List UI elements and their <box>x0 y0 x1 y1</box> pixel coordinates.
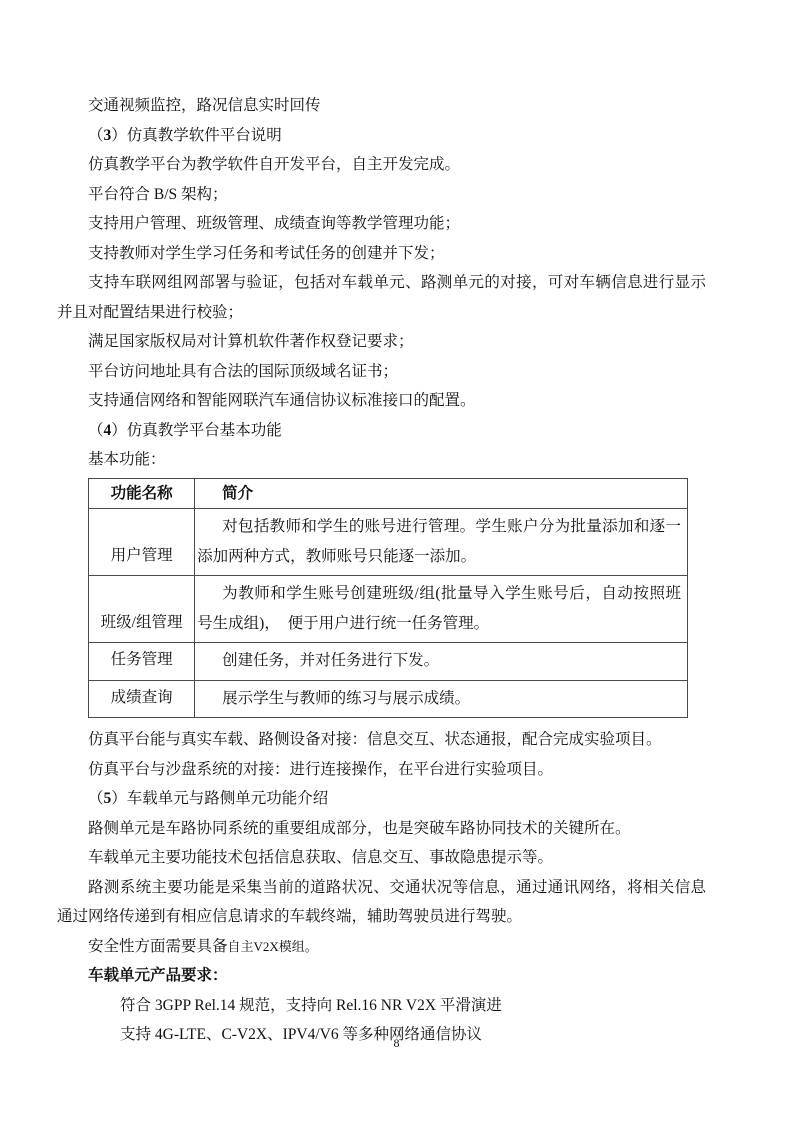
heading-3-paren-open: （ <box>88 127 104 144</box>
paragraph-video-monitor: 交通视频监控，路况信息实时回传 <box>57 91 706 121</box>
paragraph-platform-dev: 仿真教学平台为教学软件自开发平台，自主开发完成。 <box>57 150 706 180</box>
table-header-row: 功能名称 简介 <box>89 478 688 509</box>
table-cell-name-user-management: 用户管理 <box>89 509 195 576</box>
paragraph-3gpp-spec: 符合 3GPP Rel.14 规范，支持向 Rel.16 NR V2X 平滑演进 <box>57 991 706 1021</box>
table-header-function-name: 功能名称 <box>89 478 195 509</box>
table-cell-desc-class-group-management: 为教师和学生账号创建班级/组(批量导入学生账号后，自动按照班号生成组)， 便于用… <box>195 576 688 643</box>
heading-3-paren-close: ） <box>111 127 127 144</box>
paragraph-bs-architecture: 平台符合 B/S 架构； <box>57 180 706 210</box>
heading-5-paren-open: （ <box>88 790 104 807</box>
table-row-task-management: 任务管理 创建任务，并对任务进行下发。 <box>89 643 688 681</box>
paragraph-dock-sandbox: 仿真平台与沙盘系统的对接：进行连接操作，在平台进行实验项目。 <box>57 755 706 785</box>
paragraph-protocol-config: 支持通信网络和智能网联汽车通信协议标准接口的配置。 <box>57 386 706 416</box>
heading-section-4: （4）仿真教学平台基本功能 <box>57 416 706 446</box>
paragraph-dock-real-devices: 仿真平台能与真实车载、路侧设备对接：信息交互、状态通报，配合完成实验项目。 <box>57 725 706 755</box>
paragraph-basic-functions-label: 基本功能： <box>57 445 706 475</box>
table-cell-name-task-management: 任务管理 <box>89 643 195 681</box>
features-table: 功能名称 简介 用户管理 对包括教师和学生的账号进行管理。学生账户分为批量添加和… <box>88 478 688 719</box>
paragraph-teacher-tasks: 支持教师对学生学习任务和考试任务的创建并下发； <box>57 239 706 269</box>
document-body: 交通视频监控，路况信息实时回传 （3）仿真教学软件平台说明 仿真教学平台为教学软… <box>57 91 706 1050</box>
paragraph-roadtest-system: 路测系统主要功能是采集当前的道路状况、交通状况等信息，通过通讯网络，将相关信息通… <box>57 873 706 932</box>
paragraph-iov-deploy: 支持车联网组网部署与验证，包括对车载单元、路测单元的对接，可对车辆信息进行显示并… <box>57 268 706 327</box>
table-row-score-query: 成绩查询 展示学生与教师的练习与展示成绩。 <box>89 680 688 718</box>
heading-5-paren-close: ） <box>111 790 127 807</box>
heading-4-title: 仿真教学平台基本功能 <box>127 422 282 439</box>
paragraph-safety-requirement: 安全性方面需要具备自主V2X模组。 <box>57 932 706 962</box>
heading-3-title: 仿真教学软件平台说明 <box>127 127 282 144</box>
heading-section-5: （5）车载单元与路侧单元功能介绍 <box>57 784 706 814</box>
paragraph-domain-cert: 平台访问地址具有合法的国际顶级域名证书； <box>57 357 706 387</box>
page-number: 8 <box>0 1036 793 1051</box>
paragraph-copyright: 满足国家版权局对计算机软件著作权登记要求； <box>57 327 706 357</box>
document-page: 交通视频监控，路况信息实时回传 （3）仿真教学软件平台说明 仿真教学平台为教学软… <box>0 0 793 1122</box>
table-row-class-group-management: 班级/组管理 为教师和学生账号创建班级/组(批量导入学生账号后，自动按照班号生成… <box>89 576 688 643</box>
heading-4-paren-close: ） <box>111 422 127 439</box>
paragraph-obu-functions: 车载单元主要功能技术包括信息获取、信息交互、事故隐患提示等。 <box>57 843 706 873</box>
table-cell-name-class-group-management: 班级/组管理 <box>89 576 195 643</box>
safety-requirement-main-text: 安全性方面需要具备 <box>88 938 228 955</box>
heading-5-title: 车载单元与路侧单元功能介绍 <box>127 790 329 807</box>
safety-requirement-v2x-module: 自主V2X模组。 <box>228 939 318 954</box>
table-cell-desc-score-query: 展示学生与教师的练习与展示成绩。 <box>195 680 688 718</box>
paragraph-obu-product-requirements: 车载单元产品要求： <box>57 961 706 991</box>
paragraph-mgmt-functions: 支持用户管理、班级管理、成绩查询等教学管理功能； <box>57 209 706 239</box>
paragraph-rsu-importance: 路侧单元是车路协同系统的重要组成部分，也是突破车路协同技术的关键所在。 <box>57 814 706 844</box>
table-row-user-management: 用户管理 对包括教师和学生的账号进行管理。学生账户分为批量添加和逐一添加两种方式… <box>89 509 688 576</box>
heading-4-paren-open: （ <box>88 422 104 439</box>
table-cell-name-score-query: 成绩查询 <box>89 680 195 718</box>
table-header-description: 简介 <box>195 478 688 509</box>
table-cell-desc-user-management: 对包括教师和学生的账号进行管理。学生账户分为批量添加和逐一添加两种方式，教师账号… <box>195 509 688 576</box>
heading-section-3: （3）仿真教学软件平台说明 <box>57 121 706 151</box>
table-cell-desc-task-management: 创建任务，并对任务进行下发。 <box>195 643 688 681</box>
